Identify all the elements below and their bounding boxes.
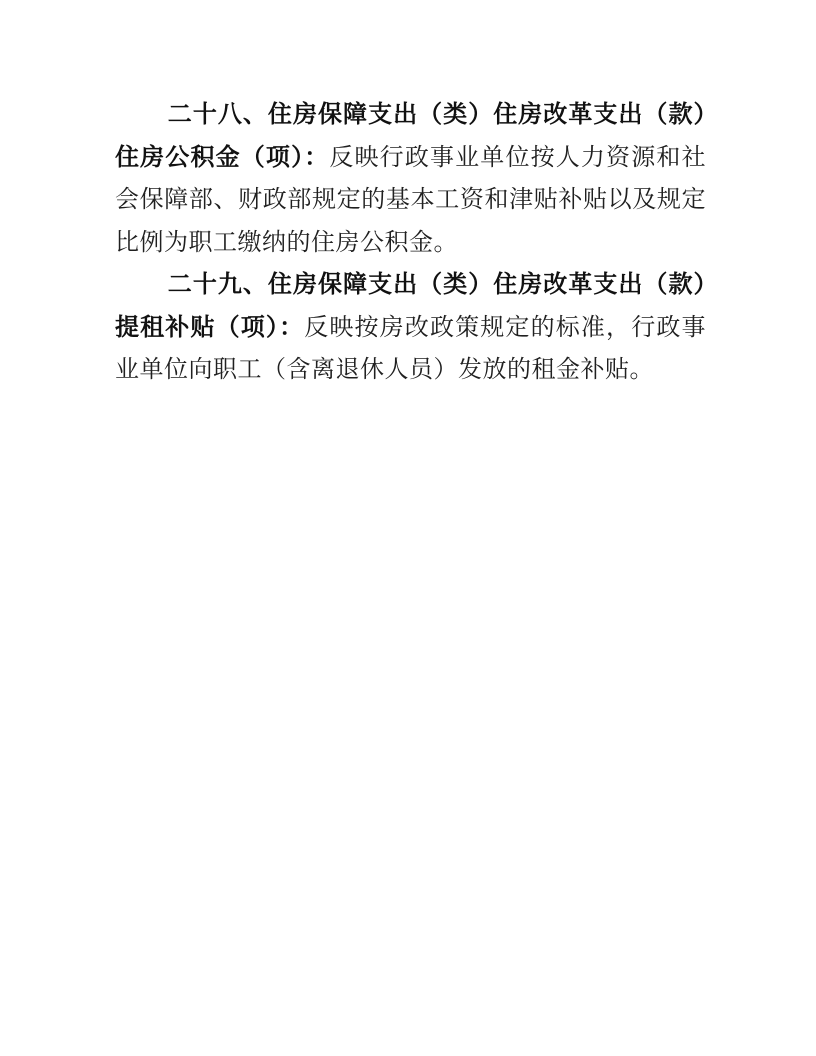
document-page: 二十八、住房保障支出（类）住房改革支出（款）住房公积金（项）：反映行政事业单位按…: [0, 0, 816, 1056]
paragraph-item-29: 二十九、住房保障支出（类）住房改革支出（款）提租补贴（项）：反映按房改政策规定的…: [115, 264, 706, 392]
paragraph-item-28: 二十八、住房保障支出（类）住房改革支出（款）住房公积金（项）：反映行政事业单位按…: [115, 94, 706, 264]
document-content: 二十八、住房保障支出（类）住房改革支出（款）住房公积金（项）：反映行政事业单位按…: [115, 94, 706, 392]
